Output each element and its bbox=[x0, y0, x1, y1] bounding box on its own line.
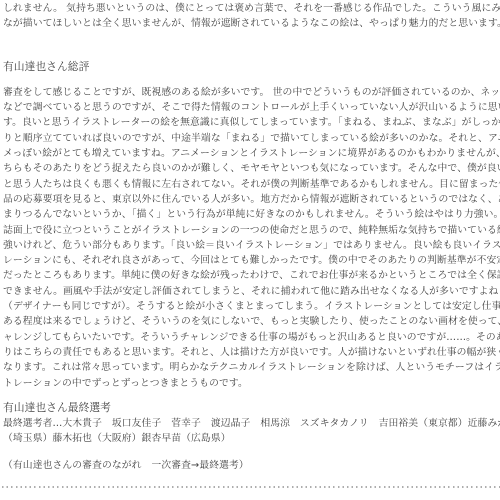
review-document: しれません。 気持ち悪いというのは、僕にとっては褒め言葉で、それを一番感じる作品… bbox=[0, 0, 500, 488]
dotted-divider bbox=[2, 486, 500, 488]
selection-flow-note: （有山達也さんの審査のながれ 一次審査→最終選考） bbox=[3, 458, 497, 473]
finalists-names: 最終選考者…大木貴子 坂口友佳子 菅幸子 渡辺晶子 相馬涼 スズキタカノリ 吉田… bbox=[3, 416, 497, 447]
overall-review-text: 審査をして感じることですが、既視感のある絵が多いです。 世の中でどういうものが評… bbox=[3, 85, 497, 391]
intro-paragraph-continuation: しれません。 気持ち悪いというのは、僕にとっては褒め言葉で、それを一番感じる作品… bbox=[3, 0, 497, 32]
overall-review-heading: 有山達也さん総評 bbox=[3, 59, 497, 74]
final-selection-heading: 有山達也さん最終選考 bbox=[3, 400, 497, 415]
